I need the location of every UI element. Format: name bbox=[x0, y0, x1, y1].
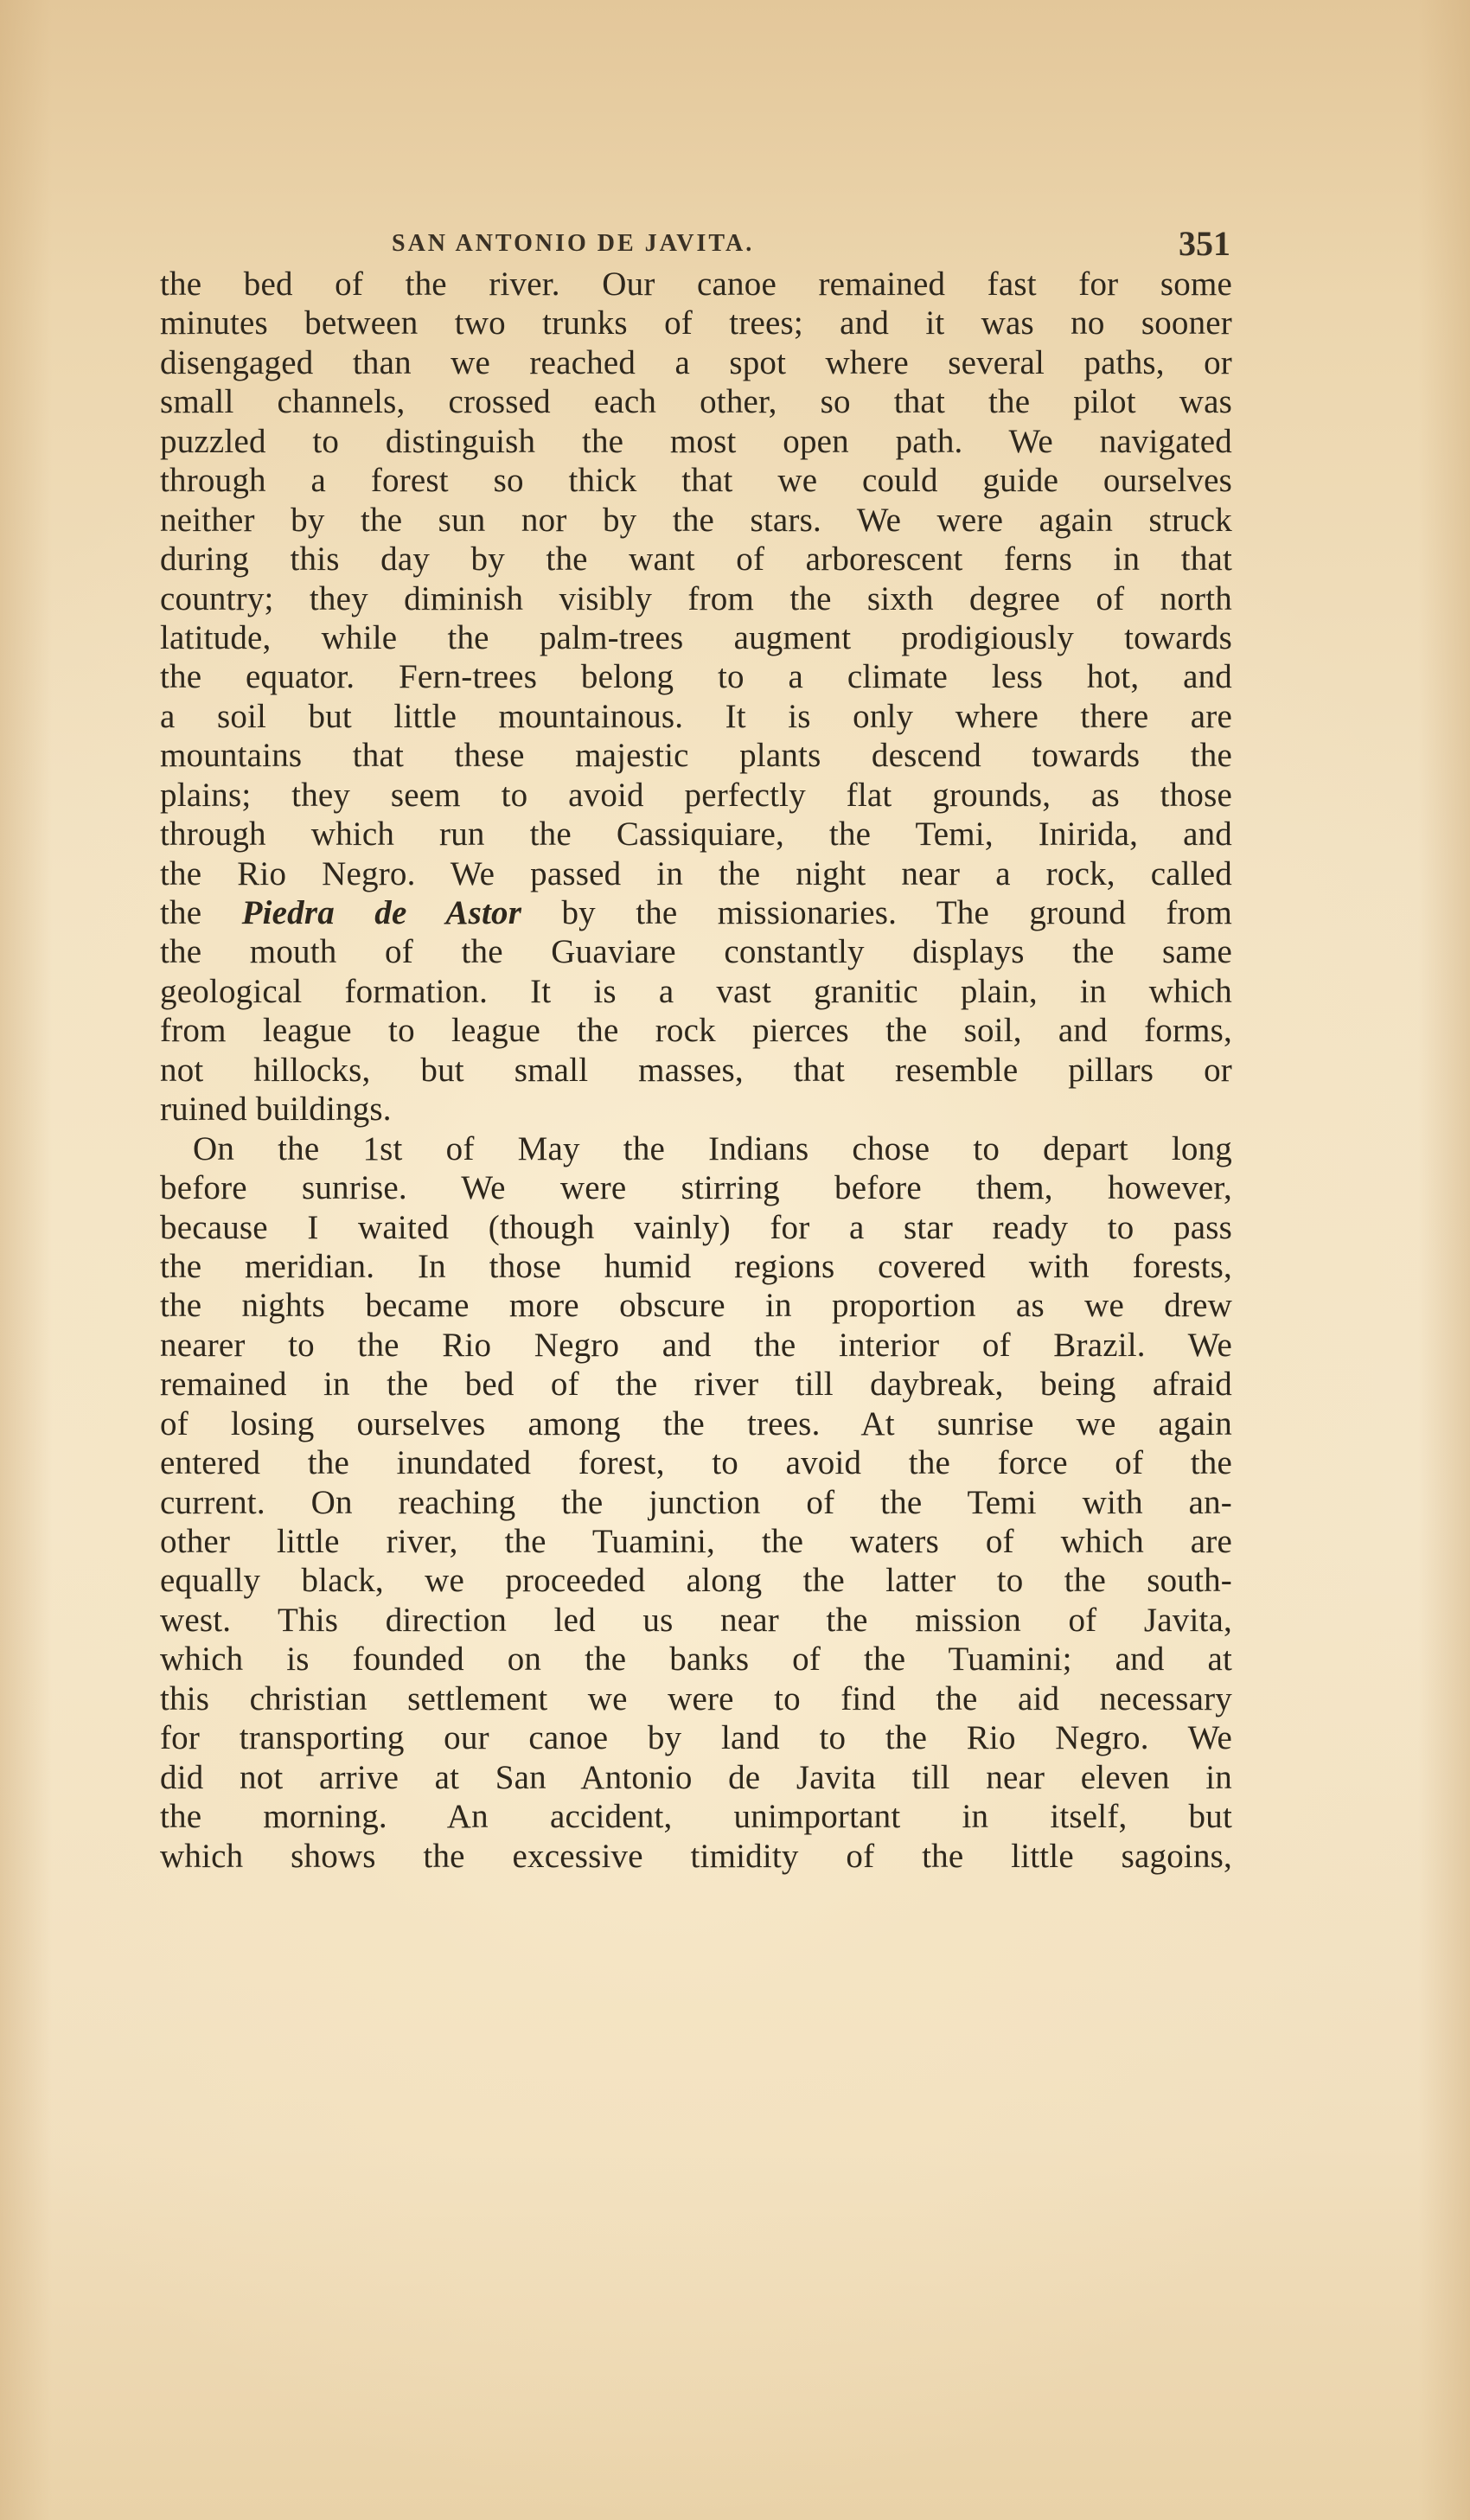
paragraph-may-first: On the 1st of May the Indians chose to d… bbox=[160, 1129, 1232, 1876]
text-line: the Piedra de Astor by the missionaries.… bbox=[160, 893, 1232, 932]
page-edge-shadow-right bbox=[1418, 0, 1470, 2520]
page-edge-shadow-left bbox=[0, 0, 52, 2520]
text-line: the nights became more obscure in propor… bbox=[160, 1286, 1232, 1325]
text-line: for transporting our canoe by land to th… bbox=[160, 1718, 1232, 1757]
text-line: neither by the sun nor by the stars. We … bbox=[160, 501, 1232, 540]
text-line: which is founded on the banks of the Tua… bbox=[160, 1640, 1232, 1679]
text-line: from league to league the rock pierces t… bbox=[160, 1011, 1232, 1050]
text-line: ruined buildings. bbox=[160, 1090, 1232, 1129]
text-line: did not arrive at San Antonio de Javita … bbox=[160, 1758, 1232, 1797]
text-line: minutes between two trunks of trees; and… bbox=[160, 304, 1232, 342]
text-line: the equator. Fern-trees belong to a clim… bbox=[160, 657, 1232, 696]
text-line: puzzled to distinguish the most open pat… bbox=[160, 422, 1232, 461]
text-line: current. On reaching the junction of the… bbox=[160, 1483, 1232, 1522]
text-line: of losing ourselves among the trees. At … bbox=[160, 1404, 1232, 1443]
text-line: the Rio Negro. We passed in the night ne… bbox=[160, 854, 1232, 893]
text-line: country; they diminish visibly from the … bbox=[160, 579, 1232, 618]
book-page: SAN ANTONIO DE JAVITA. 351 the bed of th… bbox=[0, 0, 1470, 2520]
paragraph-continued: the bed of the river. Our canoe remained… bbox=[160, 265, 1232, 1129]
text-line: equally black, we proceeded along the la… bbox=[160, 1561, 1232, 1600]
body-text: the bed of the river. Our canoe remained… bbox=[160, 265, 1232, 1876]
text-line: before sunrise. We were stirring before … bbox=[160, 1168, 1232, 1207]
page-number: 351 bbox=[1179, 223, 1230, 264]
text-line: the meridian. In those humid regions cov… bbox=[160, 1247, 1232, 1286]
text-line: nearer to the Rio Negro and the interior… bbox=[160, 1326, 1232, 1365]
running-header: SAN ANTONIO DE JAVITA. 351 bbox=[160, 223, 1232, 266]
text-line: through which run the Cassiquiare, the T… bbox=[160, 815, 1232, 854]
text-line: latitude, while the palm-trees augment p… bbox=[160, 618, 1232, 657]
text-line: during this day by the want of arboresce… bbox=[160, 540, 1232, 579]
text-line: small channels, crossed each other, so t… bbox=[160, 382, 1232, 421]
text-line: geological formation. It is a vast grani… bbox=[160, 972, 1232, 1011]
italic-place-name: Piedra de Astor bbox=[242, 894, 522, 931]
text-line: west. This direction led us near the mis… bbox=[160, 1601, 1232, 1640]
text-line: entered the inundated forest, to avoid t… bbox=[160, 1443, 1232, 1482]
text-line: not hillocks, but small masses, that res… bbox=[160, 1051, 1232, 1090]
text-line: disengaged than we reached a spot where … bbox=[160, 343, 1232, 382]
text-line: because I waited (though vainly) for a s… bbox=[160, 1208, 1232, 1247]
text-line: other little river, the Tuamini, the wat… bbox=[160, 1522, 1232, 1561]
text-line: mountains that these majestic plants des… bbox=[160, 736, 1232, 775]
text-line: the mouth of the Guaviare constantly dis… bbox=[160, 932, 1232, 971]
text-line: a soil but little mountainous. It is onl… bbox=[160, 697, 1232, 736]
text-line: On the 1st of May the Indians chose to d… bbox=[160, 1129, 1232, 1168]
text-line: the bed of the river. Our canoe remained… bbox=[160, 265, 1232, 304]
text-line: plains; they seem to avoid perfectly fla… bbox=[160, 776, 1232, 815]
text-line: the morning. An accident, unimportant in… bbox=[160, 1797, 1232, 1836]
text-line: remained in the bed of the river till da… bbox=[160, 1365, 1232, 1404]
text-line: this christian settlement we were to fin… bbox=[160, 1679, 1232, 1718]
text-line: through a forest so thick that we could … bbox=[160, 461, 1232, 500]
running-title: SAN ANTONIO DE JAVITA. bbox=[392, 230, 754, 258]
text-line: which shows the excessive timidity of th… bbox=[160, 1837, 1232, 1876]
